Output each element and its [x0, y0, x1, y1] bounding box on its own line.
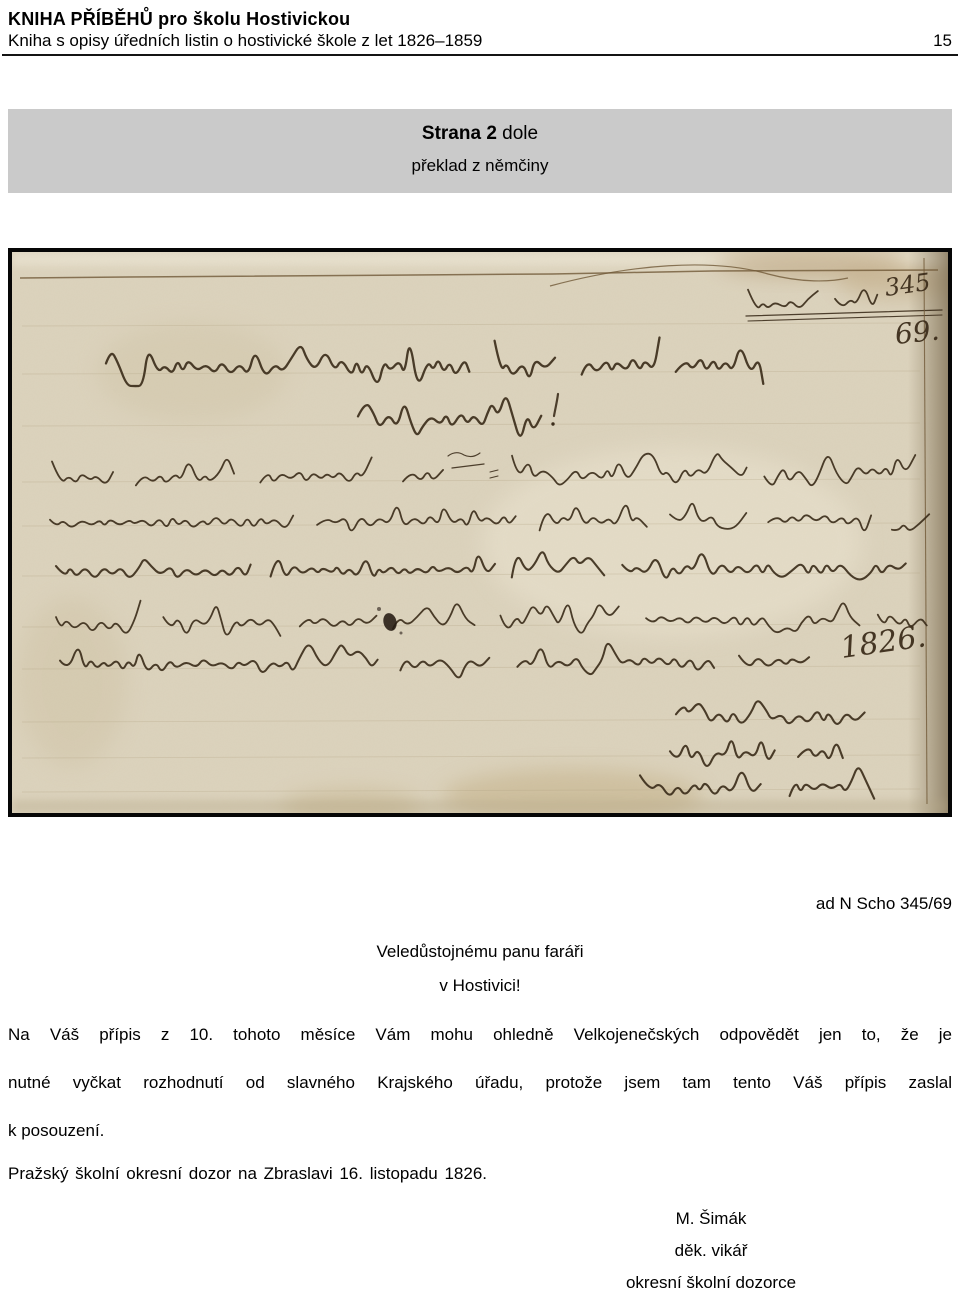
caption-subtitle: překlad z němčiny [8, 156, 952, 176]
paper-texture [12, 252, 948, 813]
caption-title: Strana 2 dole [8, 123, 952, 145]
caption-title-bold: Strana 2 [422, 123, 497, 144]
closing-line: Pražský školní okresní dozor na Zbraslav… [8, 1163, 952, 1185]
caption-title-rest: dole [502, 123, 538, 144]
signature-role-2: okresní školní dozorce [561, 1267, 861, 1293]
signature-block: M. Šimák děk. vikář okresní školní dozor… [561, 1203, 861, 1293]
body-line: Na Váš přípis z 10. tohoto měsíce Vám mo… [8, 1011, 952, 1059]
book-subtitle: Kniha s opisy úředních listin o hostivic… [8, 30, 482, 52]
salutation-line1: Veledůstojnému panu faráři [0, 941, 960, 963]
caption-box: Strana 2 dole překlad z němčiny [8, 109, 952, 193]
page-number: 15 [933, 30, 952, 52]
scanned-letter-image: 345 69. 1826. [8, 248, 952, 817]
book-title: KNIHA PŘÍBĚHŮ pro školu Hostivickou [8, 8, 952, 30]
signature-role-1: děk. vikář [561, 1235, 861, 1267]
document-page: KNIHA PŘÍBĚHŮ pro školu Hostivickou Knih… [0, 0, 960, 1293]
scanned-letter-svg: 345 69. 1826. [12, 252, 948, 813]
page-header: KNIHA PŘÍBĚHŮ pro školu Hostivickou Knih… [0, 8, 960, 56]
signature-name: M. Šimák [561, 1203, 861, 1235]
salutation-line2: v Hostivici! [0, 975, 960, 997]
header-divider [2, 54, 958, 56]
reference-number: ad N Scho 345/69 [0, 893, 960, 915]
translation-body: Na Váš přípis z 10. tohoto měsíce Vám mo… [8, 1011, 952, 1155]
body-line: nutné vyčkat rozhodnutí od slavného Kraj… [8, 1059, 952, 1107]
body-line: k posouzení. [8, 1107, 952, 1155]
